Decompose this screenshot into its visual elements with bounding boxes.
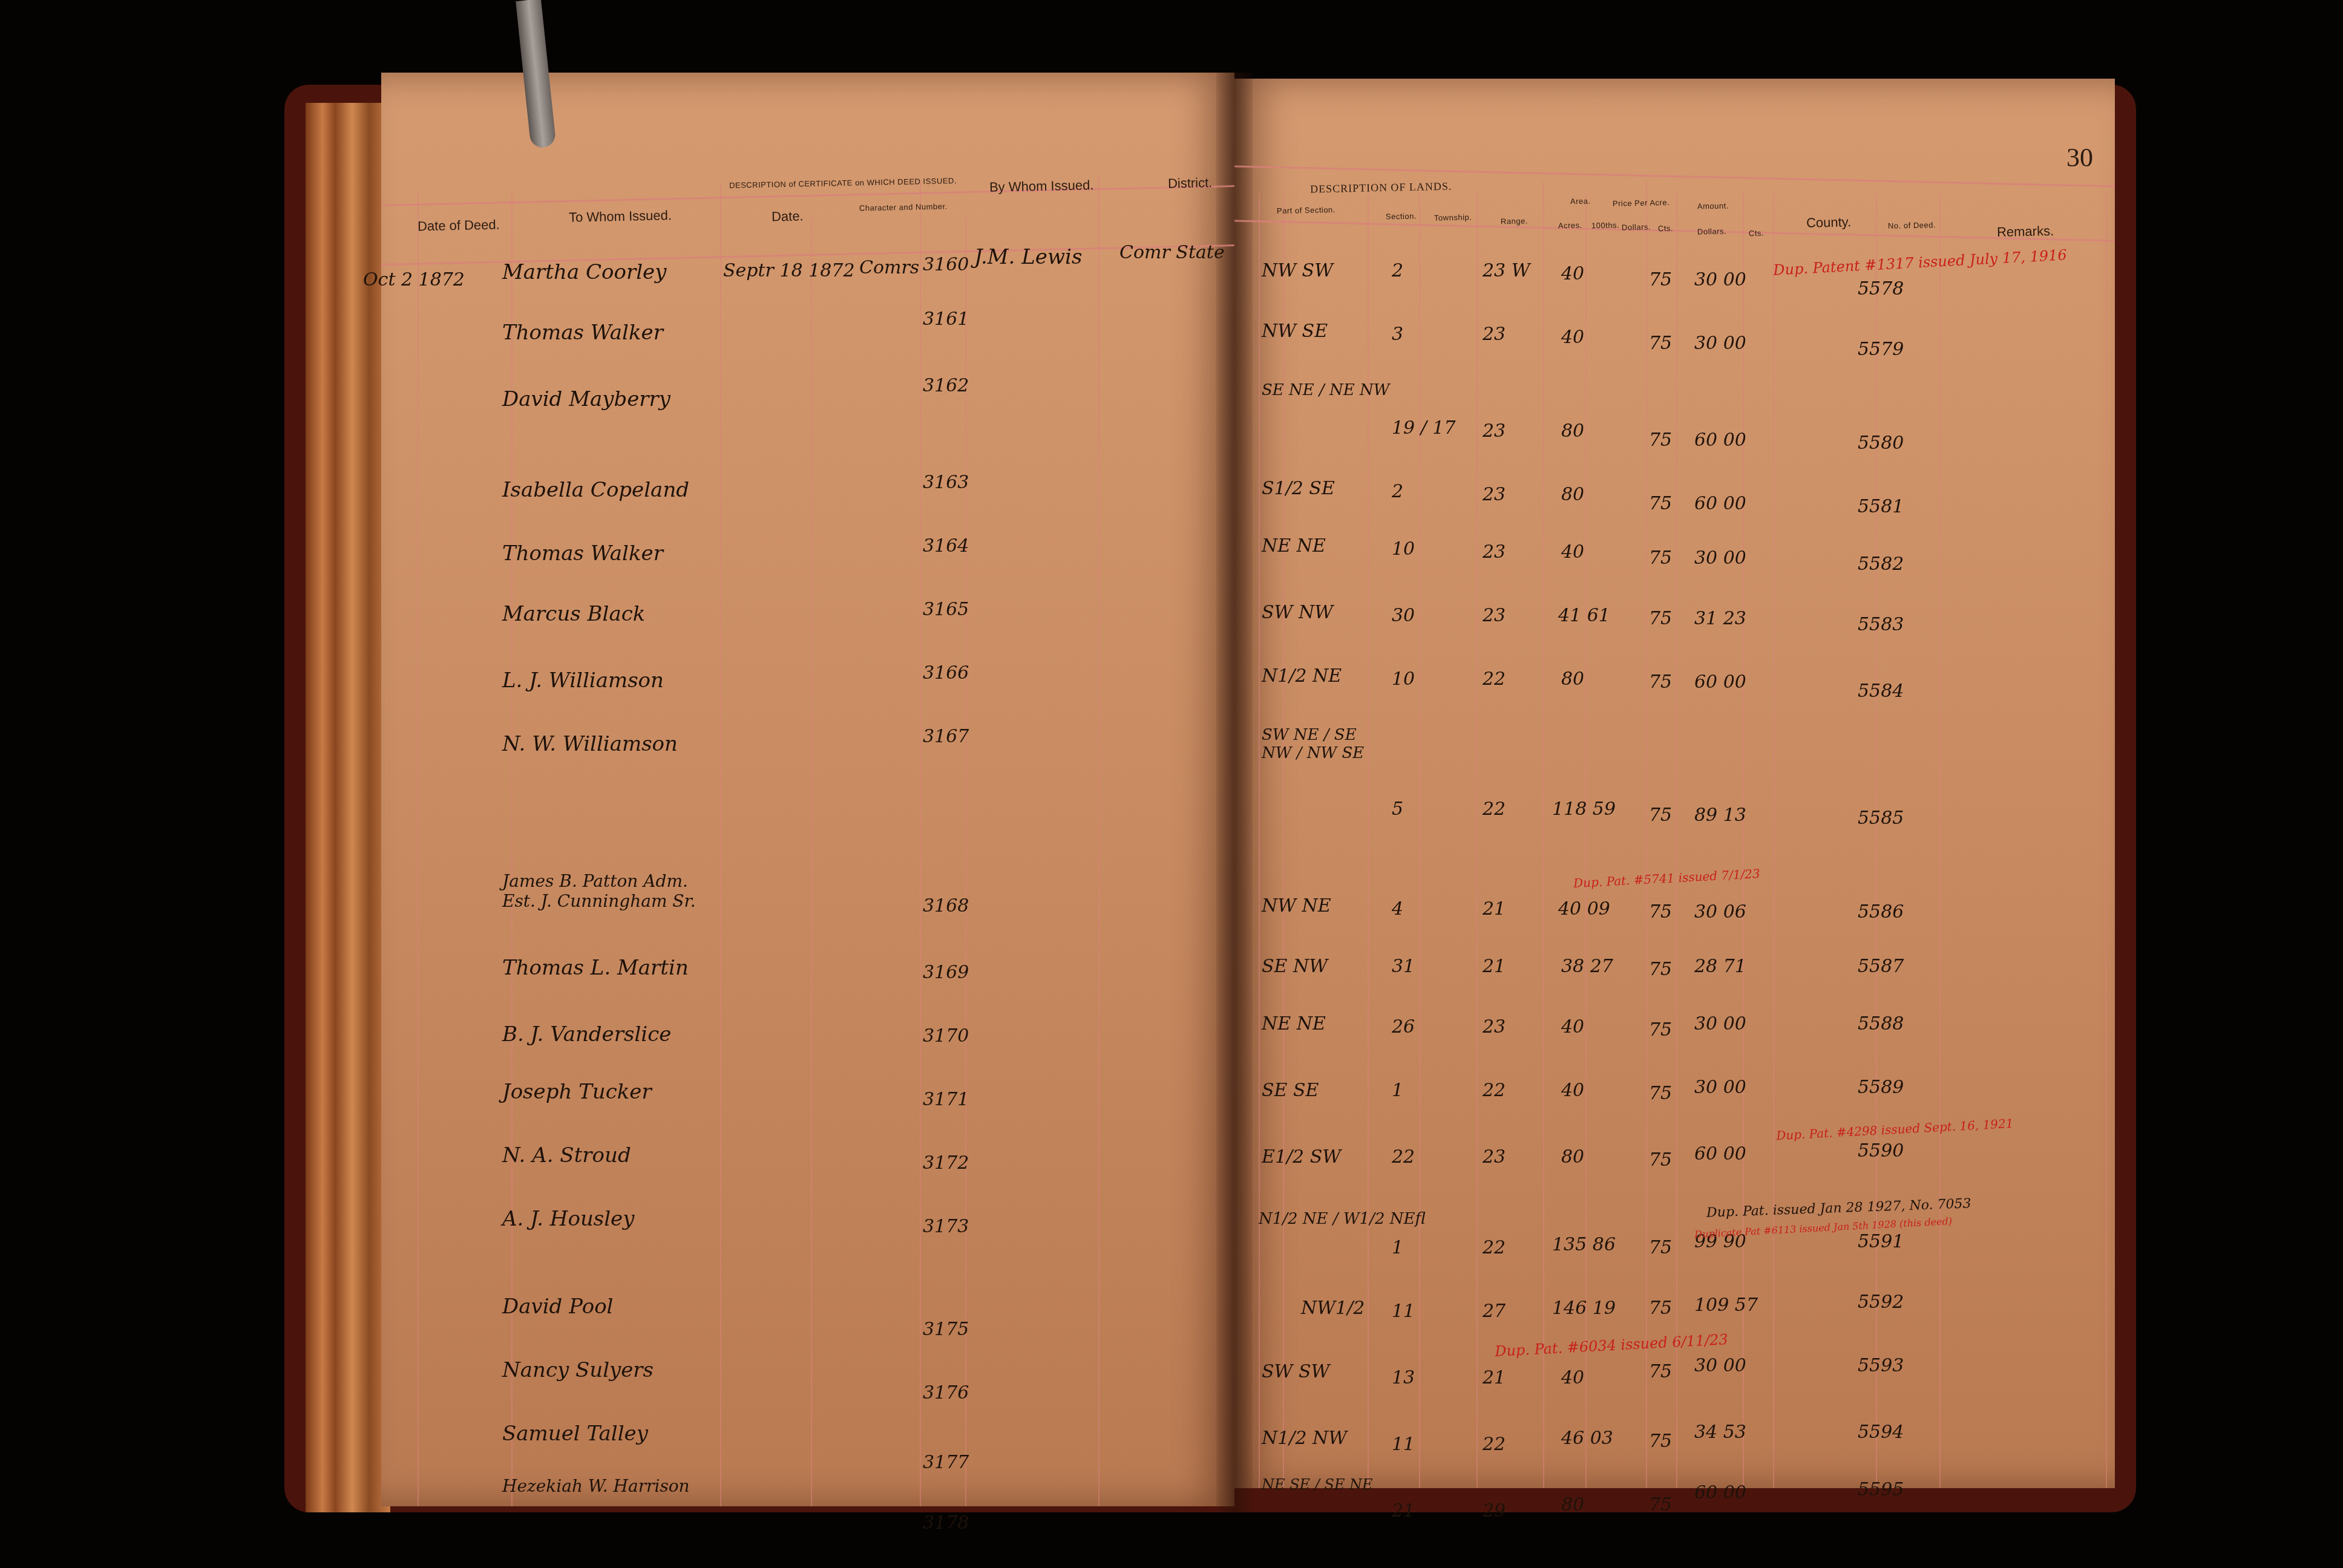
entry-price: 75: [1649, 547, 1672, 569]
entry-part: NW NE: [1262, 895, 1331, 916]
entry-name: Thomas Walker: [502, 541, 663, 566]
entry-name: Joseph Tucker: [502, 1080, 652, 1104]
entry-amount: 89 13: [1694, 805, 1746, 826]
entry-acres: 80: [1561, 668, 1584, 690]
header-acres: Acres.: [1558, 221, 1582, 230]
entry-name: Isabella Copeland: [502, 478, 689, 502]
entry-acres: 40: [1561, 1080, 1584, 1101]
header-township: Township.: [1434, 212, 1472, 222]
entry-range: 23: [1483, 1016, 1506, 1037]
entry-part: SW SW: [1262, 1361, 1329, 1382]
entry-part: NE NE: [1262, 1013, 1326, 1034]
entry-price: 75: [1649, 333, 1672, 354]
header-character-number: Character and Number.: [859, 201, 948, 212]
entry-acres: 80: [1561, 484, 1584, 505]
entry-range: 23: [1483, 484, 1506, 505]
entry-price: 75: [1649, 1149, 1672, 1171]
entry-name: B. J. Vanderslice: [502, 1022, 671, 1047]
entry-number: 3165: [923, 599, 969, 620]
entry-section: 13: [1392, 1367, 1415, 1388]
entry-amount: 30 00: [1694, 333, 1746, 354]
entry-number: 3168: [923, 895, 969, 916]
entry-section: 3: [1392, 324, 1403, 345]
entry-section: 21: [1392, 1500, 1415, 1521]
header-price-group: Price Per Acre.: [1613, 198, 1670, 208]
col-rule: [1419, 194, 1420, 1488]
entry-name: Thomas Walker: [502, 321, 663, 345]
entry-amount: 34 53: [1694, 1422, 1746, 1443]
header-amount-dollars: Dollars.: [1697, 226, 1726, 236]
entry-price: 75: [1649, 493, 1672, 514]
entry-amount: 30 00: [1694, 1355, 1746, 1376]
entry-acres: 40 09: [1558, 898, 1610, 920]
entry-deed-no: 5589: [1858, 1077, 1904, 1098]
entry-range: 23: [1483, 1146, 1506, 1168]
page-number: 30: [2066, 142, 2093, 173]
col-rule: [1939, 194, 1941, 1488]
entry-amount: 60 00: [1694, 671, 1746, 693]
entry-section: 11: [1392, 1301, 1415, 1322]
entry-range: 27: [1483, 1301, 1506, 1322]
entry-range: 22: [1483, 1237, 1506, 1258]
col-rule: [965, 218, 966, 1506]
entry-name: Nancy Sulyers: [502, 1358, 654, 1382]
entry-price: 75: [1649, 1019, 1672, 1040]
entry-name: James B. Patton Adm. Est. J. Cunningham …: [502, 871, 720, 911]
entry-number: 3173: [923, 1216, 969, 1237]
entry-part: NE NE: [1262, 535, 1326, 557]
entry-part: NW SE: [1262, 321, 1328, 342]
header-county: County.: [1806, 214, 1852, 231]
entry-number: 3166: [923, 662, 969, 684]
entry-number: 3178: [923, 1512, 969, 1534]
header-to-whom-issued: To Whom Issued.: [569, 207, 672, 226]
header-price-cts: Cts.: [1658, 224, 1673, 234]
entry-date: Oct 2 1872: [363, 269, 465, 290]
entry-deed-no: 5585: [1858, 808, 1904, 829]
entry-name: Hezekiah W. Harrison: [502, 1476, 690, 1496]
entry-deed-no: 5593: [1858, 1355, 1904, 1376]
entry-range: 23: [1483, 541, 1506, 563]
entry-part: N1/2 NW: [1262, 1428, 1347, 1449]
entry-number: 3171: [923, 1089, 969, 1110]
entry-name: David Pool: [502, 1295, 614, 1319]
entry-name: Thomas L. Martin: [502, 956, 689, 980]
header-amount-group: Amount.: [1697, 201, 1729, 211]
entry-number: 3177: [923, 1452, 969, 1473]
entry-deed-no: 5579: [1858, 339, 1904, 360]
entry-part: NE SE / SE NE: [1262, 1476, 1373, 1493]
entry-range: 21: [1483, 898, 1506, 920]
header-part-of-section: Part of Section.: [1277, 205, 1335, 215]
entry-number: 3161: [923, 309, 969, 330]
col-rule: [1259, 194, 1260, 1488]
header-range: Range.: [1501, 217, 1528, 226]
col-rule: [1773, 194, 1774, 1488]
entry-number: 3170: [923, 1025, 969, 1047]
entry-acres: 80: [1561, 420, 1584, 442]
entry-price: 75: [1649, 1361, 1672, 1382]
entry-part: SW NW: [1262, 602, 1333, 623]
entry-price: 75: [1649, 1237, 1672, 1258]
entry-acres: 40: [1561, 1016, 1584, 1037]
entry-acres: 46 03: [1561, 1428, 1613, 1449]
entry-deed-no: 5595: [1858, 1479, 1904, 1500]
entry-name: N. A. Stroud: [502, 1143, 631, 1168]
entry-deed-no: 5592: [1858, 1292, 1904, 1313]
entry-by-whom: J.M. Lewis: [974, 245, 1082, 269]
entry-number: 3162: [923, 375, 969, 396]
entry-amount: 30 06: [1694, 901, 1746, 923]
entry-deed-no: 5581: [1858, 496, 1904, 517]
header-price-dollars: Dollars.: [1622, 222, 1651, 232]
entry-price: 75: [1649, 430, 1672, 451]
entry-name: L. J. Williamson: [502, 668, 664, 693]
col-rule: [1585, 194, 1587, 1488]
col-rule: [1646, 181, 1647, 1488]
entry-section: 22: [1392, 1146, 1415, 1168]
entry-amount: 30 00: [1694, 1013, 1746, 1034]
entry-range: 22: [1483, 1434, 1506, 1455]
header-cert-date: Date.: [772, 208, 804, 224]
entry-part: SE SE: [1262, 1080, 1319, 1101]
entry-acres: 40: [1561, 327, 1584, 348]
entry-price: 75: [1649, 671, 1672, 693]
entry-acres: 38 27: [1561, 956, 1613, 977]
entry-section: 30: [1392, 605, 1415, 626]
entry-amount: 30 00: [1694, 547, 1746, 569]
entry-range: 21: [1483, 1367, 1506, 1388]
col-rule: [1543, 181, 1544, 1488]
entry-deed-no: 5586: [1858, 901, 1904, 923]
col-rule: [1098, 175, 1099, 1506]
entry-section: 4: [1392, 898, 1403, 920]
entry-range: 22: [1483, 1080, 1506, 1101]
entry-acres: 146 19: [1552, 1298, 1616, 1319]
entry-number: 3163: [923, 472, 969, 493]
entry-range: 29: [1483, 1500, 1506, 1521]
col-rule: [811, 218, 812, 1506]
header-no-of-deed: No. of Deed.: [1888, 220, 1936, 230]
entry-section: 2: [1392, 260, 1403, 281]
header-area-group: Area.: [1570, 197, 1591, 206]
entry-acres: 118 59: [1552, 799, 1616, 820]
entry-part: N1/2 NE / W1/2 NEfl: [1259, 1210, 1426, 1228]
entry-section: 5: [1392, 799, 1403, 820]
entry-amount: 109 57: [1694, 1295, 1758, 1316]
entry-deed-no: 5582: [1858, 554, 1904, 575]
entry-range: 21: [1483, 956, 1506, 977]
entry-number: 3169: [923, 962, 969, 983]
entry-section: 31: [1392, 956, 1415, 977]
entry-range: 23: [1483, 324, 1506, 345]
entry-section: 19 / 17: [1392, 417, 1456, 439]
entry-number: 3176: [923, 1382, 969, 1403]
entry-part: E1/2 SW: [1262, 1146, 1341, 1168]
header-by-whom-issued: By Whom Issued.: [989, 177, 1094, 195]
entry-name: N. W. Williamson: [502, 732, 678, 756]
header-date-of-deed: Date of Deed.: [418, 217, 500, 235]
entry-section: 26: [1392, 1016, 1415, 1037]
entry-range: 22: [1483, 799, 1506, 820]
entry-price: 75: [1649, 1494, 1672, 1515]
entry-deed-no: 5591: [1858, 1231, 1904, 1252]
entry-character: Comrs: [859, 257, 919, 278]
entry-amount: 60 00: [1694, 1143, 1746, 1165]
entry-part: NW1/2: [1301, 1298, 1365, 1319]
entry-district: Comr State: [1119, 242, 1225, 263]
entry-amount: 60 00: [1694, 1482, 1746, 1503]
entry-deed-no: 5588: [1858, 1013, 1904, 1034]
entry-acres: 80: [1561, 1494, 1584, 1515]
page-edges: [306, 103, 390, 1512]
entry-number: 3172: [923, 1152, 969, 1174]
right-page: [1234, 79, 2115, 1488]
entry-deed-no: 5583: [1858, 614, 1904, 635]
entry-amount: 31 23: [1694, 608, 1746, 629]
entry-amount: 60 00: [1694, 493, 1746, 514]
header-hundredths: 100ths.: [1591, 221, 1619, 230]
col-rule: [1676, 194, 1677, 1488]
entry-cert-date: Septr 18 1872: [723, 260, 855, 281]
entry-part: SW NE / SE NW / NW SE: [1262, 726, 1365, 762]
entry-deed-no: 5587: [1858, 956, 1904, 977]
entry-deed-no: 5578: [1858, 278, 1904, 299]
entry-part: S1/2 SE: [1262, 478, 1335, 499]
entry-number: 3160: [923, 254, 969, 275]
entry-acres: 135 86: [1552, 1234, 1616, 1255]
entry-part: NW SW: [1262, 260, 1333, 281]
col-rule: [1743, 194, 1744, 1488]
entry-acres: 40: [1561, 1367, 1584, 1388]
entry-section: 11: [1392, 1434, 1415, 1455]
entry-range: 22: [1483, 668, 1506, 690]
col-rule: [1476, 194, 1478, 1488]
entry-section: 10: [1392, 668, 1415, 690]
entry-number: 3167: [923, 726, 969, 747]
entry-price: 75: [1649, 805, 1672, 826]
entry-number: 3164: [923, 535, 969, 557]
entry-name: Marcus Black: [502, 602, 645, 626]
entry-price: 75: [1649, 269, 1672, 290]
entry-amount: 28 71: [1694, 956, 1746, 977]
entry-number: 3175: [923, 1319, 969, 1340]
entry-price: 75: [1649, 901, 1672, 923]
entry-name: David Mayberry: [502, 387, 670, 411]
left-page: [381, 73, 1234, 1506]
entry-range: 23 W: [1483, 260, 1530, 281]
entry-section: 1: [1392, 1237, 1403, 1258]
entry-amount: 30 00: [1694, 269, 1746, 290]
entry-section: 1: [1392, 1080, 1403, 1101]
entry-price: 75: [1649, 1298, 1672, 1319]
entry-amount: 30 00: [1694, 1077, 1746, 1098]
col-rule: [720, 185, 721, 1506]
header-section: Section.: [1386, 211, 1417, 221]
entry-acres: 80: [1561, 1146, 1584, 1168]
entry-part: SE NW: [1262, 956, 1328, 977]
entry-name: A. J. Housley: [502, 1207, 634, 1231]
entry-deed-no: 5594: [1858, 1422, 1904, 1443]
entry-price: 75: [1649, 1431, 1672, 1452]
entry-deed-no: 5580: [1858, 433, 1904, 454]
entry-amount: 60 00: [1694, 430, 1746, 451]
header-amount-cts: Cts.: [1749, 229, 1764, 238]
entry-acres: 40: [1561, 541, 1584, 563]
header-remarks: Remarks.: [1997, 223, 2054, 240]
entry-part: SE NE / NE NW: [1262, 381, 1390, 399]
entry-deed-no: 5590: [1858, 1140, 1904, 1161]
entry-price: 75: [1649, 959, 1672, 980]
entry-acres: 40: [1561, 263, 1584, 284]
entry-part: N1/2 NE: [1262, 665, 1342, 687]
entry-price: 75: [1649, 1083, 1672, 1104]
header-district: District.: [1168, 175, 1213, 192]
col-rule: [418, 194, 419, 1506]
entry-section: 10: [1392, 538, 1415, 560]
entry-name: Samuel Talley: [502, 1422, 648, 1446]
entry-acres: 41 61: [1558, 605, 1610, 626]
entry-price: 75: [1649, 608, 1672, 629]
col-rule: [2106, 194, 2107, 1488]
entry-deed-no: 5584: [1858, 681, 1904, 702]
entry-name: Martha Coorley: [502, 260, 666, 284]
book-gutter: [1216, 73, 1253, 1512]
entry-section: 2: [1392, 481, 1403, 502]
col-rule: [920, 181, 921, 1506]
entry-range: 23: [1483, 605, 1506, 626]
entry-range: 23: [1483, 420, 1506, 442]
